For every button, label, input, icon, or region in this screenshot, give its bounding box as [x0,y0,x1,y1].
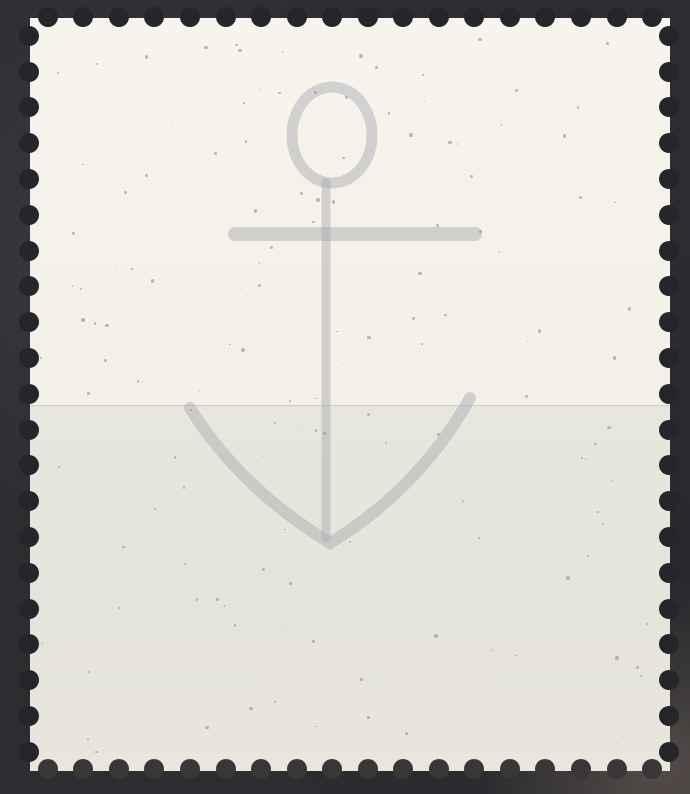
paper-speck [336,331,337,332]
paper-speck [269,369,270,370]
perforation-hole [19,62,39,82]
paper-speck [145,55,148,58]
paper-speck [315,726,316,727]
perforation-hole [19,205,39,225]
perforation-hole [659,241,679,261]
perforation-hole [659,491,679,511]
perforation-hole [180,7,200,27]
paper-speck [145,174,148,177]
paper-speck [243,102,244,103]
paper-speck [254,209,258,213]
perforation-hole [429,7,449,27]
paper-speck [434,634,438,638]
paper-speck [640,675,642,677]
perforation-hole [19,599,39,619]
paper-speck [385,442,387,444]
perforation-hole [500,7,520,27]
paper-speck [628,307,632,311]
paper-speck [229,344,230,345]
perforation-hole [571,759,591,779]
perforation-hole [500,759,520,779]
perforation-hole [571,7,591,27]
paper-speck [300,192,302,194]
paper-speck [538,329,542,333]
paper-speck [238,49,241,52]
paper-speck [607,426,610,429]
perforation-hole [73,759,93,779]
perforation-hole [535,7,555,27]
paper-speck [636,666,639,669]
paper-speck [597,511,598,512]
perforation-hole [251,759,271,779]
paper-speck [196,598,198,600]
paper-speck [81,318,84,321]
perforation-hole [19,312,39,332]
perforation-hole [216,759,236,779]
paper-speck [312,640,314,642]
paper-speck [289,400,291,402]
perforation-hole [659,276,679,296]
paper-speck [122,546,125,549]
perforation-hole [109,7,129,27]
paper-speck [184,563,186,565]
perforation-hole [251,7,271,27]
paper-speck [579,196,582,199]
paper-speck [478,537,479,538]
perforation-hole [19,26,39,46]
perforation-hole [659,205,679,225]
perforation-hole [19,384,39,404]
perforation-hole [19,670,39,690]
perforation-hole [659,527,679,547]
perforation-hole [393,7,413,27]
perforation-hole [19,491,39,511]
perforation-hole [19,241,39,261]
perforation-hole [19,706,39,726]
perforation-hole [358,759,378,779]
paper-speck [151,279,154,282]
perforation-hole [659,133,679,153]
perforation-hole [659,670,679,690]
perforation-hole [659,384,679,404]
perforation-left [19,18,41,770]
perforation-hole [659,563,679,583]
paper-speck [611,480,612,481]
paper-speck [360,678,362,680]
paper-speck [216,598,218,600]
paper-speck [262,568,265,571]
perforation-hole [19,169,39,189]
paper-speck [312,221,314,223]
perforation-hole [19,348,39,368]
perforation-hole [464,7,484,27]
paper-speck [234,624,236,626]
stamp-back [30,18,670,770]
paper-speck [345,96,348,99]
paper-speck [259,88,260,89]
perforation-hole [144,7,164,27]
paper-speck [183,486,185,488]
perforation-hole [73,7,93,27]
perforation-hole [19,563,39,583]
perforation-hole [322,7,342,27]
perforation-hole [109,759,129,779]
perforation-top [30,7,670,29]
paper-speck [509,358,510,359]
perforation-hole [19,455,39,475]
paper-speck [105,324,109,328]
perforation-hole [659,420,679,440]
paper-speck [418,272,422,276]
paper-speck [422,74,424,76]
paper-speck [131,268,132,269]
paper-speck [241,289,242,290]
paper-speck [263,456,264,457]
perforation-hole [19,742,39,762]
perforation-hole [659,742,679,762]
paper-speck [289,582,292,585]
paper-speck [373,232,374,233]
paper-speck [594,443,596,445]
paper-speck [515,89,518,92]
perforation-hole [659,599,679,619]
perforation-hole [659,169,679,189]
paper-speck [274,701,275,702]
perforation-hole [659,348,679,368]
perforation-hole [429,759,449,779]
perforation-hole [144,759,164,779]
paper-speck [563,134,566,137]
perforation-hole [358,7,378,27]
perforation-hole [659,706,679,726]
paper-speck [171,126,172,127]
paper-speck [72,232,74,234]
paper-speck [388,112,390,114]
perforation-hole [659,455,679,475]
paper-speck [270,246,273,249]
paper-speck [174,456,177,459]
anchor-watermark-icon [30,18,670,770]
perforation-hole [659,312,679,332]
paper-speck [224,605,226,607]
paper-speck [40,357,42,359]
perforation-hole [287,759,307,779]
perforation-hole [216,7,236,27]
paper-speck [577,106,579,108]
perforation-hole [19,276,39,296]
paper-speck [342,157,345,160]
paper-speck [646,623,648,625]
perforation-hole [19,527,39,547]
paper-speck [409,133,413,137]
perforation-hole [19,420,39,440]
paper-speck [315,429,317,431]
paper-speck [585,458,586,459]
perforation-hole [659,26,679,46]
perforation-bottom [30,759,670,781]
paper-speck [249,707,252,710]
perforation-hole [19,133,39,153]
perforation-hole [19,634,39,654]
paper-speck [359,54,363,58]
perforation-hole [607,7,627,27]
perforation-hole [19,97,39,117]
paper-speck [424,101,425,102]
paper-speck [606,42,609,45]
perforation-hole [393,759,413,779]
perforation-hole [287,7,307,27]
paper-speck [349,541,351,543]
perforation-right [659,18,681,770]
perforation-hole [180,759,200,779]
paper-speck [478,38,481,41]
paper-speck [342,363,343,364]
paper-speck [615,656,619,660]
perforation-hole [659,62,679,82]
perforation-hole [659,634,679,654]
paper-speck [492,649,493,650]
perforation-hole [659,97,679,117]
perforation-hole [322,759,342,779]
perforation-hole [607,759,627,779]
perforation-hole [535,759,555,779]
perforation-hole [464,759,484,779]
